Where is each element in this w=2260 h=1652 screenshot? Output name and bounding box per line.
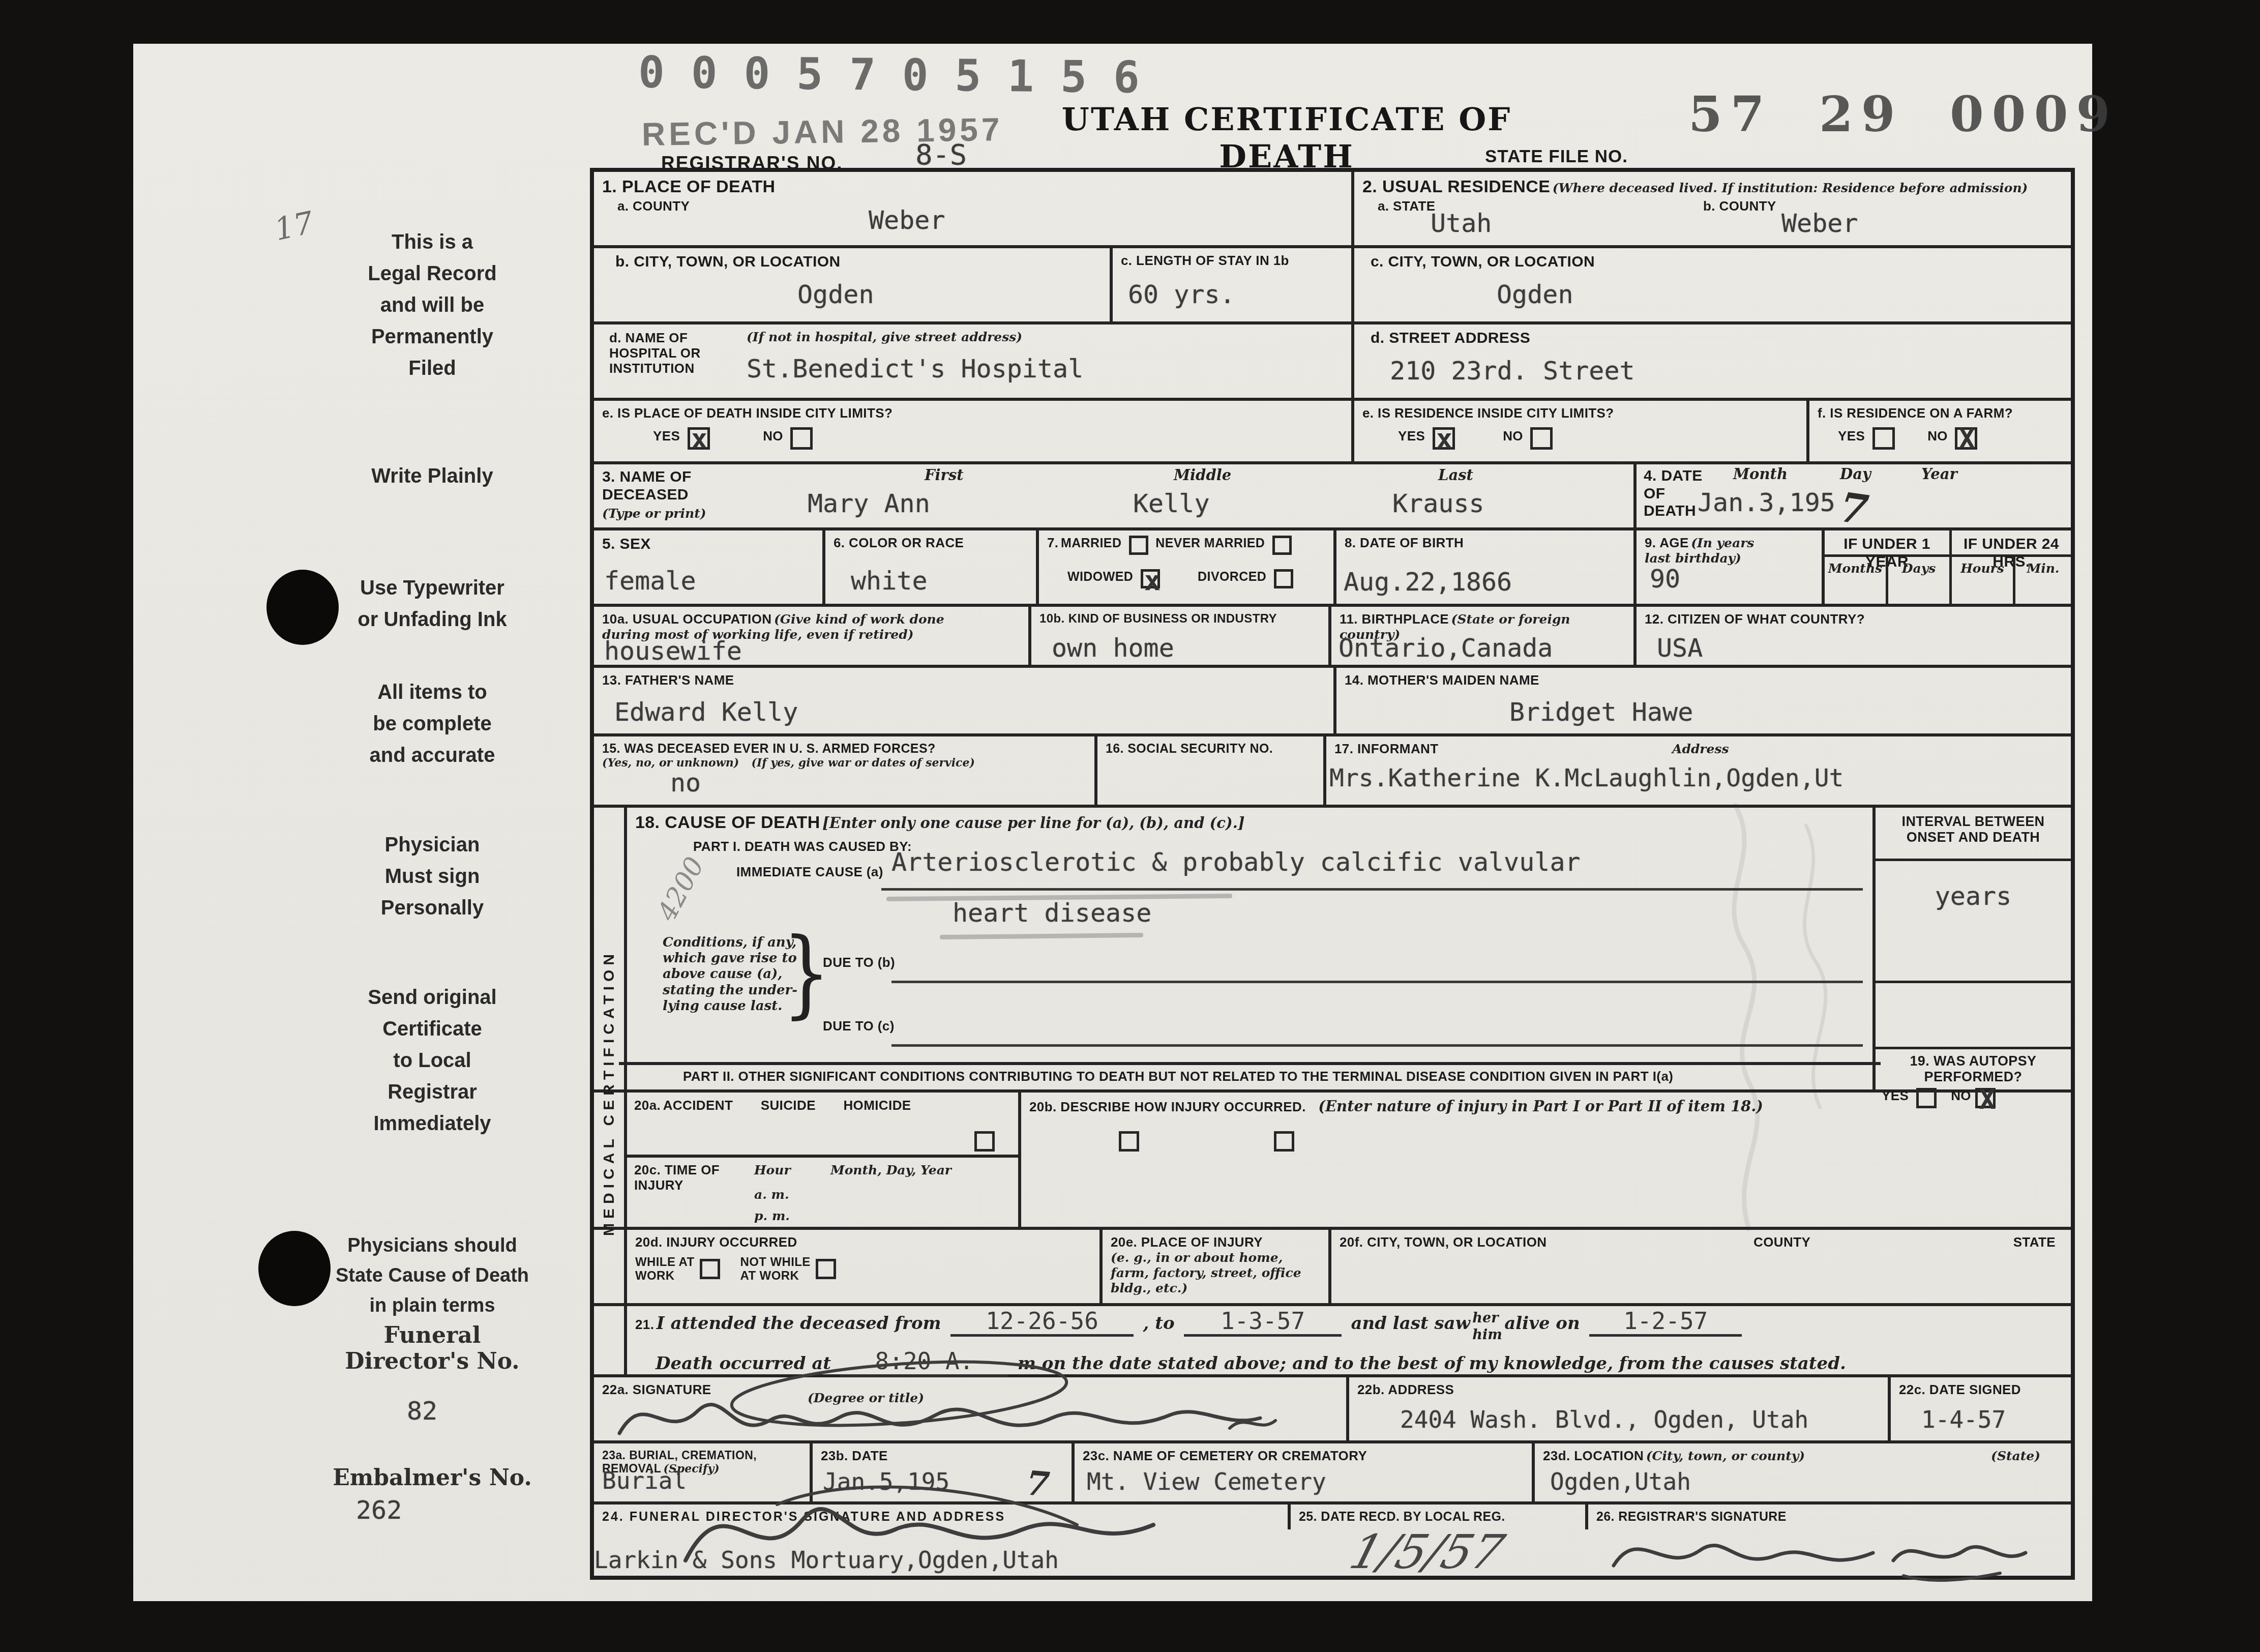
margin-note-send-original: Send original Certificate to Local Regis… (285, 982, 580, 1139)
field-place-of-injury: 20e. PLACE OF INJURY (e. g., in or about… (1103, 1230, 1331, 1303)
age-value: 90 (1650, 564, 1680, 594)
city-of-death-label: b. CITY, TOWN, OR LOCATION (615, 253, 1102, 271)
funeral-directors-no-value: 82 (407, 1396, 437, 1426)
field-20a-num: 20a. (634, 1098, 661, 1113)
homicide-label: HOMICIDE (843, 1098, 911, 1113)
field-physician-address: 22b. ADDRESS 2404 Wash. Blvd., Ogden, Ut… (1349, 1377, 1891, 1440)
sex-value: female (604, 566, 696, 596)
field-hospital: d. NAME OF HOSPITAL OR INSTITUTION (If n… (594, 324, 1354, 398)
widowed-label: WIDOWED (1067, 570, 1133, 584)
county-label: a. COUNTY (617, 199, 1343, 214)
time-of-injury-label: 20c. TIME OF INJURY (634, 1163, 720, 1193)
cause-of-death-hint: [Enter only one cause per line for (a), … (822, 814, 1244, 832)
marital-num: 7. (1047, 535, 1058, 550)
physician-address-label: 22b. ADDRESS (1357, 1382, 1880, 1398)
interval-value: years (1876, 881, 2071, 911)
first-name-value: Mary Ann (808, 489, 930, 518)
no-label: NO (1927, 428, 1948, 444)
field-birthplace: 11. BIRTHPLACE (State or foreign country… (1331, 607, 1637, 665)
residence-city-label: c. CITY, TOWN, OR LOCATION (1371, 253, 2063, 271)
field-usual-residence: 2. USUAL RESIDENCE (Where deceased lived… (1354, 172, 2071, 245)
immediate-cause-value-line1: Arteriosclerotic & probably calcific val… (891, 847, 1581, 877)
cemetery-location-label: 23d. LOCATION (1543, 1448, 1644, 1463)
due-to-c-label: DUE TO (c) (823, 1019, 895, 1034)
middle-name-label: Middle (1174, 466, 1231, 484)
birthplace-value: Ontario,Canada (1339, 633, 1553, 663)
field-age-subtable: IF UNDER 1 YEAR IF UNDER 24 HRS. Months … (1825, 530, 2071, 604)
death-year-label: Year (1921, 465, 1957, 483)
interval-empty-cell (1876, 983, 2071, 1049)
death-day-label: Day (1840, 465, 1871, 483)
date-signed-value: 1-4-57 (1921, 1406, 2006, 1433)
kind-of-business-label: 10b. KIND OF BUSINESS OR INDUSTRY (1039, 612, 1320, 626)
medical-certification-label: MEDICAL CERTIFICATION (601, 950, 618, 1236)
checkbox-married (1129, 536, 1148, 555)
registrars-no-value: 8-S (915, 138, 967, 171)
checkbox-residence-farm-no: X (1955, 427, 1977, 450)
residence-city-limits-label: e. IS RESIDENCE INSIDE CITY LIMITS? (1362, 406, 1798, 421)
hospital-value: St.Benedict's Hospital (747, 354, 1083, 383)
field-color-or-race: 6. COLOR OR RACE white (825, 530, 1039, 604)
cause-of-death-title: 18. CAUSE OF DEATH (635, 813, 820, 832)
while-at-work-label: WHILE AT WORK (635, 1255, 695, 1283)
field-age: 9. AGE (In years last birthday) 90 (1637, 530, 1825, 604)
am-label: a. m. (754, 1187, 789, 1202)
state-file-no-label: STATE FILE NO. (1485, 146, 1628, 167)
street-address-label: d. STREET ADDRESS (1371, 330, 2063, 347)
state-label: a. STATE (1378, 199, 1703, 214)
margin-note-use-typewriter: Use Typewriter or Unfading Ink (275, 572, 590, 635)
attended-text-2: , to (1143, 1313, 1175, 1334)
field-marital-status: 7. MARRIED NEVER MARRIED WIDOWED x DIVOR… (1039, 530, 1336, 604)
accident-label: ACCIDENT (663, 1098, 733, 1113)
usual-residence-title: 2. USUAL RESIDENCE (1362, 177, 1550, 196)
mothers-maiden-name-value: Bridget Hawe (1509, 697, 1693, 727)
name-type-or-print-hint: (Type or print) (602, 506, 706, 521)
field-injury-occurred: 20d. INJURY OCCURRED WHILE AT WORK NOT W… (627, 1230, 1103, 1303)
date-received-label: 25. DATE RECD. BY LOCAL REG. (1299, 1510, 1577, 1524)
hours-label: Hours (1952, 557, 2015, 604)
cemetery-label: 23c. NAME OF CEMETERY OR CREMATORY (1083, 1449, 1524, 1464)
injury-occurred-label: 20d. INJURY OCCURRED (635, 1235, 1091, 1250)
field-citizen: 12. CITIZEN OF WHAT COUNTRY? USA (1637, 607, 2071, 665)
months-label: Months (1825, 557, 1888, 604)
yes-label: YES (653, 428, 680, 444)
pencil-underline-2 (940, 933, 1143, 939)
immediate-cause-value-line2: heart disease (953, 898, 1151, 928)
armed-forces-hint2: (If yes, give war or dates of service) (752, 756, 975, 770)
attended-num: 21. (635, 1317, 654, 1332)
name-of-deceased-label: 3. NAME OF DECEASED (602, 468, 692, 504)
due-to-c-rule (891, 1044, 1863, 1047)
death-city-limits-label: e. IS PLACE OF DEATH INSIDE CITY LIMITS? (602, 406, 1343, 421)
color-or-race-label: 6. COLOR OR RACE (834, 536, 1028, 551)
injury-county-label: COUNTY (1753, 1235, 1810, 1250)
place-of-injury-hint: (e. g., in or about home, farm, factory,… (1111, 1250, 1320, 1296)
field-time-of-injury: 20c. TIME OF INJURY Hour a. m. p. m. Mon… (627, 1158, 1018, 1198)
scanned-death-certificate: 17 0005705156 REC'D JAN 28 1957 REGISTRA… (0, 0, 2260, 1652)
field-residence-city-limits: e. IS RESIDENCE INSIDE CITY LIMITS? YES … (1354, 401, 1809, 461)
funeral-director-signature-scribble (655, 1469, 1265, 1581)
checkbox-death-city-limits-no (790, 427, 813, 450)
field-date-signed: 22c. DATE SIGNED 1-4-57 (1891, 1377, 2071, 1440)
if-under-24-hrs-label: IF UNDER 24 HRS. (1952, 530, 2071, 554)
funeral-directors-no-label: Funeral Director's No. (275, 1322, 590, 1374)
residence-county-label: b. COUNTY (1703, 199, 1776, 214)
hospital-hint: (If not in hospital, give street address… (747, 330, 1022, 345)
field-death-city-limits: e. IS PLACE OF DEATH INSIDE CITY LIMITS?… (594, 401, 1354, 461)
field-informant: 17. INFORMANT Address Mrs.Katherine K.Mc… (1326, 736, 2071, 805)
margin-note-physician-sign: Physician Must sign Personally (285, 829, 580, 924)
min-label: Min. (2015, 557, 2071, 604)
place-of-injury-label: 20e. PLACE OF INJURY (1111, 1234, 1263, 1250)
her-label: her (1472, 1310, 1502, 1326)
checkbox-while-at-work (700, 1259, 720, 1279)
field-cause-of-death: 18. CAUSE OF DEATH [Enter only one cause… (627, 808, 1876, 1089)
yes-label: YES (1838, 428, 1865, 444)
not-while-at-work-label: NOT WHILE AT WORK (740, 1255, 811, 1283)
margin-note-write-plainly: Write Plainly (285, 460, 580, 492)
mothers-maiden-name-label: 14. MOTHER'S MAIDEN NAME (1345, 673, 2063, 688)
last-alive-value: 1-2-57 (1589, 1308, 1742, 1337)
describe-injury-hint: (Enter nature of injury in Part I or Par… (1318, 1098, 1763, 1115)
field-physician-signature: 22a. SIGNATURE (Degree or title) (594, 1377, 1349, 1440)
serial-number-stamp: 0005705156 (638, 47, 1167, 104)
field-describe-injury: 20b. DESCRIBE HOW INJURY OCCURRED. (Ente… (1021, 1093, 2071, 1227)
checkbox-never-married (1272, 536, 1292, 555)
last-name-value: Krauss (1392, 489, 1484, 518)
month-day-year-label: Month, Day, Year (830, 1163, 951, 1178)
sex-label: 5. SEX (602, 536, 814, 553)
usual-occupation-label: 10a. USUAL OCCUPATION (602, 611, 771, 627)
date-received-value: 1/5/57 (1344, 1525, 1510, 1579)
residence-city-value: Ogden (1497, 280, 1573, 309)
checkbox-residence-farm-yes (1872, 427, 1895, 450)
social-security-label: 16. SOCIAL SECURITY NO. (1106, 742, 1315, 756)
citizen-value: USA (1657, 633, 1703, 663)
injury-city-label: 20f. CITY, TOWN, OR LOCATION (1340, 1234, 1547, 1250)
file-number-stamp: 57 29 0009 (1688, 85, 2118, 143)
field-accident-suicide-homicide: 20a. ACCIDENT SUICIDE HOMICIDE (627, 1093, 1018, 1158)
field-street-address: d. STREET ADDRESS 210 23rd. Street (1354, 324, 2071, 398)
if-under-1-year-label: IF UNDER 1 YEAR (1825, 530, 1952, 554)
describe-injury-label: 20b. DESCRIBE HOW INJURY OCCURRED. (1029, 1099, 1306, 1114)
hour-label: Hour (754, 1163, 791, 1178)
never-married-label: NEVER MARRIED (1155, 536, 1265, 550)
armed-forces-hint1: (Yes, no, or unknown) (602, 756, 739, 770)
checkbox-not-while-at-work (816, 1259, 836, 1279)
pm-label: p. m. (754, 1208, 790, 1224)
immediate-cause-label: IMMEDIATE CAUSE (a) (736, 865, 883, 880)
field-cemetery-location: 23d. LOCATION (City, town, or county) (S… (1535, 1443, 2071, 1501)
checkbox-divorced (1274, 569, 1293, 588)
date-of-death-value: Jan.3,195 (1698, 488, 1835, 517)
conditions-note: Conditions, if any, which gave rise to a… (663, 935, 797, 1014)
suicide-label: SUICIDE (761, 1098, 816, 1113)
no-label: NO (1503, 428, 1523, 444)
residence-county-value: Weber (1781, 209, 1858, 238)
conditions-brace: } (782, 918, 830, 1028)
last-name-label: Last (1438, 466, 1473, 484)
first-name-label: First (925, 466, 964, 484)
usual-occupation-value: housewife (604, 636, 742, 666)
cause-line-a-rule (881, 888, 1863, 891)
margin-note-legal-record: This is a Legal Record and will be Perma… (285, 226, 580, 384)
attended-text-4: alive on (1504, 1313, 1580, 1334)
armed-forces-label: 15. WAS DECEASED EVER IN U. S. ARMED FOR… (602, 742, 1086, 756)
no-label: NO (763, 428, 783, 444)
field-social-security: 16. SOCIAL SECURITY NO. (1097, 736, 1326, 805)
field-residence-city: c. CITY, TOWN, OR LOCATION Ogden (1354, 248, 2071, 321)
part2-divider (619, 1062, 1881, 1065)
field-registrar-signature: 26. REGISTRAR'S SIGNATURE (1588, 1504, 2071, 1529)
interval-header: INTERVAL BETWEEN ONSET AND DEATH (1876, 808, 2071, 861)
certificate-title: UTAH CERTIFICATE OF DEATH (1007, 101, 1566, 175)
field-injury-city: 20f. CITY, TOWN, OR LOCATION COUNTY STAT… (1331, 1230, 2071, 1303)
attended-to-value: 1-3-57 (1184, 1308, 1342, 1337)
attended-text-3: and last saw (1351, 1313, 1470, 1334)
checkbox-residence-city-limits-no (1530, 427, 1553, 450)
physician-signature-scribble (599, 1367, 1311, 1454)
citizen-label: 12. CITIZEN OF WHAT COUNTRY? (1645, 612, 2063, 627)
part2-label: PART II. OTHER SIGNIFICANT CONDITIONS CO… (683, 1069, 1853, 1084)
cemetery-location-hint2: (State) (1991, 1449, 2040, 1464)
field-funeral-director: 24. FUNERAL DIRECTOR'S SIGNATURE AND ADD… (594, 1504, 1291, 1529)
street-address-value: 210 23rd. Street (1390, 356, 1635, 386)
date-of-birth-label: 8. DATE OF BIRTH (1345, 536, 1625, 551)
autopsy-label: 19. WAS AUTOPSY PERFORMED? (1882, 1053, 2065, 1085)
margin-note-plain-terms: Physicians should State Cause of Death i… (254, 1231, 610, 1321)
embalmers-no-value: 262 (356, 1495, 402, 1525)
field-interval-column: INTERVAL BETWEEN ONSET AND DEATH years 1… (1876, 808, 2071, 1089)
field-date-of-death: 4. DATE OF DEATH Month Day Year Jan.3,19… (1637, 464, 2071, 527)
checkbox-accident (974, 1131, 995, 1152)
field-mothers-maiden-name: 14. MOTHER'S MAIDEN NAME Bridget Hawe (1336, 668, 2071, 733)
city-of-death-value: Ogden (797, 280, 874, 309)
cemetery-location-value: Ogden,Utah (1550, 1468, 1691, 1495)
field-fathers-name: 13. FATHER'S NAME Edward Kelly (594, 668, 1336, 733)
field-place-of-death: 1. PLACE OF DEATH a. COUNTY Weber (594, 172, 1354, 245)
middle-name-value: Kelly (1133, 489, 1210, 518)
place-of-death-title: 1. PLACE OF DEATH (602, 177, 776, 196)
length-of-stay-label: c. LENGTH OF STAY IN 1b (1121, 253, 1343, 269)
injury-state-label: STATE (2013, 1235, 2056, 1250)
him-label: him (1472, 1327, 1502, 1343)
married-label: MARRIED (1061, 536, 1121, 550)
length-of-stay-value: 60 yrs. (1128, 280, 1235, 309)
checkbox-widowed: x (1141, 569, 1160, 588)
attended-text-1: I attended the deceased from (657, 1313, 941, 1334)
days-label: Days (1888, 557, 1952, 604)
usual-residence-hint: (Where deceased lived. If institution: R… (1553, 181, 2028, 195)
embalmers-no-label: Embalmer's No. (275, 1465, 590, 1491)
fathers-name-label: 13. FATHER'S NAME (602, 673, 1325, 688)
due-to-b-rule (891, 981, 1863, 983)
field-date-received: 25. DATE RECD. BY LOCAL REG. 1/5/57 (1291, 1504, 1588, 1529)
date-signed-label: 22c. DATE SIGNED (1899, 1382, 2063, 1398)
margin-note-all-items: All items to be complete and accurate (285, 676, 580, 771)
field-date-of-birth: 8. DATE OF BIRTH Aug.22,1866 (1336, 530, 1637, 604)
cemetery-location-hint1: (City, town, or county) (1646, 1449, 1805, 1463)
due-to-b-label: DUE TO (b) (823, 955, 895, 970)
armed-forces-value: no (670, 768, 701, 798)
kind-of-business-value: own home (1052, 633, 1174, 663)
date-of-death-hand-correction: 7 (1837, 483, 1871, 535)
color-or-race-value: white (851, 566, 928, 596)
burial-date-label: 23b. DATE (821, 1449, 1063, 1464)
field-armed-forces: 15. WAS DECEASED EVER IN U. S. ARMED FOR… (594, 736, 1097, 805)
checkbox-death-city-limits-yes: x (688, 427, 710, 450)
informant-value: Mrs.Katherine K.McLaughlin,Ogden,Ut (1329, 764, 1843, 792)
field-length-of-stay: c. LENGTH OF STAY IN 1b 60 yrs. (1113, 248, 1354, 321)
informant-address-hint: Address (1672, 742, 1729, 757)
part1-label: PART I. DEATH WAS CAUSED BY: (693, 839, 912, 854)
county-value: Weber (869, 205, 945, 235)
attended-from-value: 12-26-56 (950, 1308, 1134, 1337)
fathers-name-value: Edward Kelly (614, 697, 798, 727)
age-label: 9. AGE (1645, 535, 1689, 550)
field-city-of-death: b. CITY, TOWN, OR LOCATION Ogden (594, 248, 1113, 321)
date-of-birth-value: Aug.22,1866 (1344, 567, 1512, 597)
death-month-label: Month (1733, 465, 1788, 483)
birthplace-label: 11. BIRTHPLACE (1340, 611, 1449, 627)
divorced-label: DIVORCED (1198, 570, 1266, 584)
date-of-death-label: 4. DATE OF DEATH (1644, 467, 1703, 520)
field-residence-farm: f. IS RESIDENCE ON A FARM? YES NO X (1809, 401, 2071, 461)
hospital-label: d. NAME OF HOSPITAL OR INSTITUTION (609, 331, 701, 376)
physician-address-value: 2404 Wash. Blvd., Ogden, Utah (1400, 1406, 1808, 1433)
registrar-signature-scribble (1598, 1520, 2056, 1581)
field-20a-20c: 20a. ACCIDENT SUICIDE HOMICIDE 20c. TIME… (627, 1093, 1021, 1227)
medical-certification-strip: MEDICAL CERTIFICATION (594, 808, 627, 1377)
field-kind-of-business: 10b. KIND OF BUSINESS OR INDUSTRY own ho… (1031, 607, 1331, 665)
residence-farm-label: f. IS RESIDENCE ON A FARM? (1818, 406, 2063, 421)
field-usual-occupation: 10a. USUAL OCCUPATION (Give kind of work… (594, 607, 1031, 665)
state-value: Utah (1431, 209, 1492, 238)
certificate-form: 1. PLACE OF DEATH a. COUNTY Weber 2. USU… (590, 168, 2075, 1580)
field-name-of-deceased: 3. NAME OF DECEASED (Type or print) Firs… (594, 464, 1637, 527)
checkbox-residence-city-limits-yes: x (1433, 427, 1455, 450)
field-attended-statement: 21. I attended the deceased from 12-26-5… (627, 1306, 2071, 1374)
yes-label: YES (1398, 428, 1425, 444)
pencil-code-note: 4200 (652, 852, 710, 926)
informant-label: 17. INFORMANT (1334, 741, 1439, 756)
field-sex: 5. SEX female (594, 530, 825, 604)
